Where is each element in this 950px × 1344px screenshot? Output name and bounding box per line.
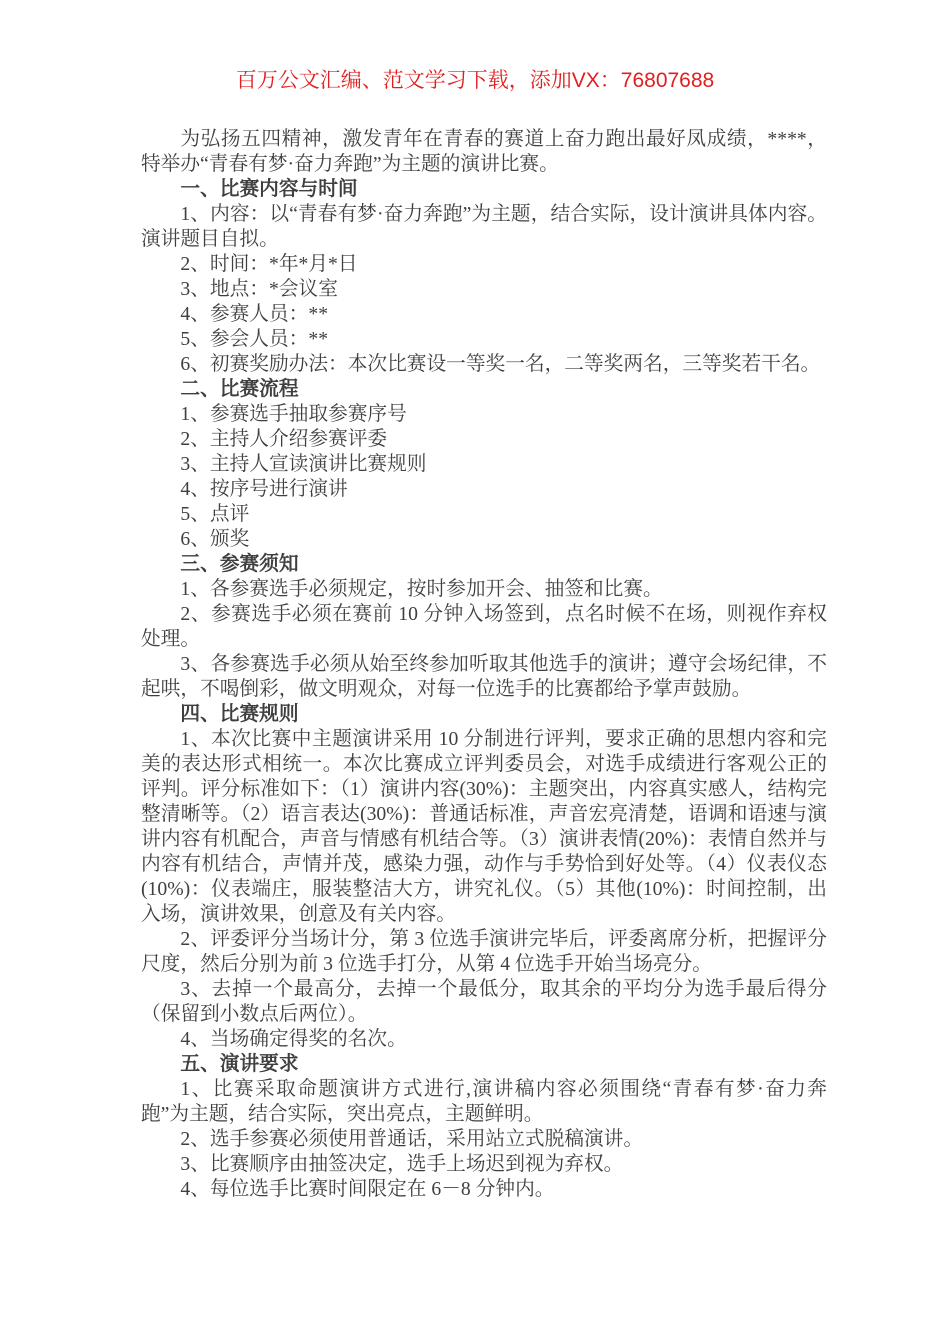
paragraph: 4、每位选手比赛时间限定在 6－8 分钟内。 xyxy=(141,1177,827,1202)
paragraph: 1、参赛选手抽取参赛序号 xyxy=(141,402,827,427)
paragraph: 1、本次比赛中主题演讲采用 10 分制进行评判，要求正确的思想内容和完美的表达形… xyxy=(141,727,827,927)
section-heading: 五、演讲要求 xyxy=(141,1052,827,1077)
paragraph: 2、主持人介绍参赛评委 xyxy=(141,427,827,452)
section-heading: 一、比赛内容与时间 xyxy=(141,177,827,202)
document-page: 百万公文汇编、范文学习下载，添加VX：76807688 为弘扬五四精神，激发青年… xyxy=(0,0,950,1344)
paragraph: 6、初赛奖励办法：本次比赛设一等奖一名，二等奖两名，三等奖若干名。 xyxy=(141,352,827,377)
promo-header-text: 百万公文汇编、范文学习下载，添加VX：76807688 xyxy=(0,69,950,93)
paragraph: 为弘扬五四精神，激发青年在青春的赛道上奋力跑出最好凤成绩，****，特举办“青春… xyxy=(141,127,827,177)
paragraph: 1、内容：以“青春有梦·奋力奔跑”为主题，结合实际，设计演讲具体内容。演讲题目自… xyxy=(141,202,827,252)
paragraph: 4、参赛人员：** xyxy=(141,302,827,327)
section-heading: 二、比赛流程 xyxy=(141,377,827,402)
paragraph: 2、选手参赛必须使用普通话，采用站立式脱稿演讲。 xyxy=(141,1127,827,1152)
paragraph: 3、去掉一个最高分，去掉一个最低分，取其余的平均分为选手最后得分（保留到小数点后… xyxy=(141,977,827,1027)
paragraph: 2、时间：*年*月*日 xyxy=(141,252,827,277)
paragraph: 5、点评 xyxy=(141,502,827,527)
paragraph: 1、比赛采取命题演讲方式进行,演讲稿内容必须围绕“青春有梦·奋力奔跑”为主题，结… xyxy=(141,1077,827,1127)
paragraph: 5、参会人员：** xyxy=(141,327,827,352)
paragraph: 2、评委评分当场计分，第 3 位选手演讲完毕后，评委离席分析，把握评分尺度，然后… xyxy=(141,927,827,977)
paragraph: 1、各参赛选手必须规定，按时参加开会、抽签和比赛。 xyxy=(141,577,827,602)
paragraph: 3、地点：*会议室 xyxy=(141,277,827,302)
paragraph: 6、颁奖 xyxy=(141,527,827,552)
section-heading: 三、参赛须知 xyxy=(141,552,827,577)
paragraph: 4、当场确定得奖的名次。 xyxy=(141,1027,827,1052)
paragraph: 4、按序号进行演讲 xyxy=(141,477,827,502)
section-heading: 四、比赛规则 xyxy=(141,702,827,727)
paragraph: 3、主持人宣读演讲比赛规则 xyxy=(141,452,827,477)
paragraph: 3、比赛顺序由抽签决定，选手上场迟到视为弃权。 xyxy=(141,1152,827,1177)
paragraph: 3、各参赛选手必须从始至终参加听取其他选手的演讲；遵守会场纪律，不起哄，不喝倒彩… xyxy=(141,652,827,702)
document-body: 为弘扬五四精神，激发青年在青春的赛道上奋力跑出最好凤成绩，****，特举办“青春… xyxy=(141,127,827,1202)
paragraph: 2、参赛选手必须在赛前 10 分钟入场签到，点名时候不在场，则视作弃权处理。 xyxy=(141,602,827,652)
